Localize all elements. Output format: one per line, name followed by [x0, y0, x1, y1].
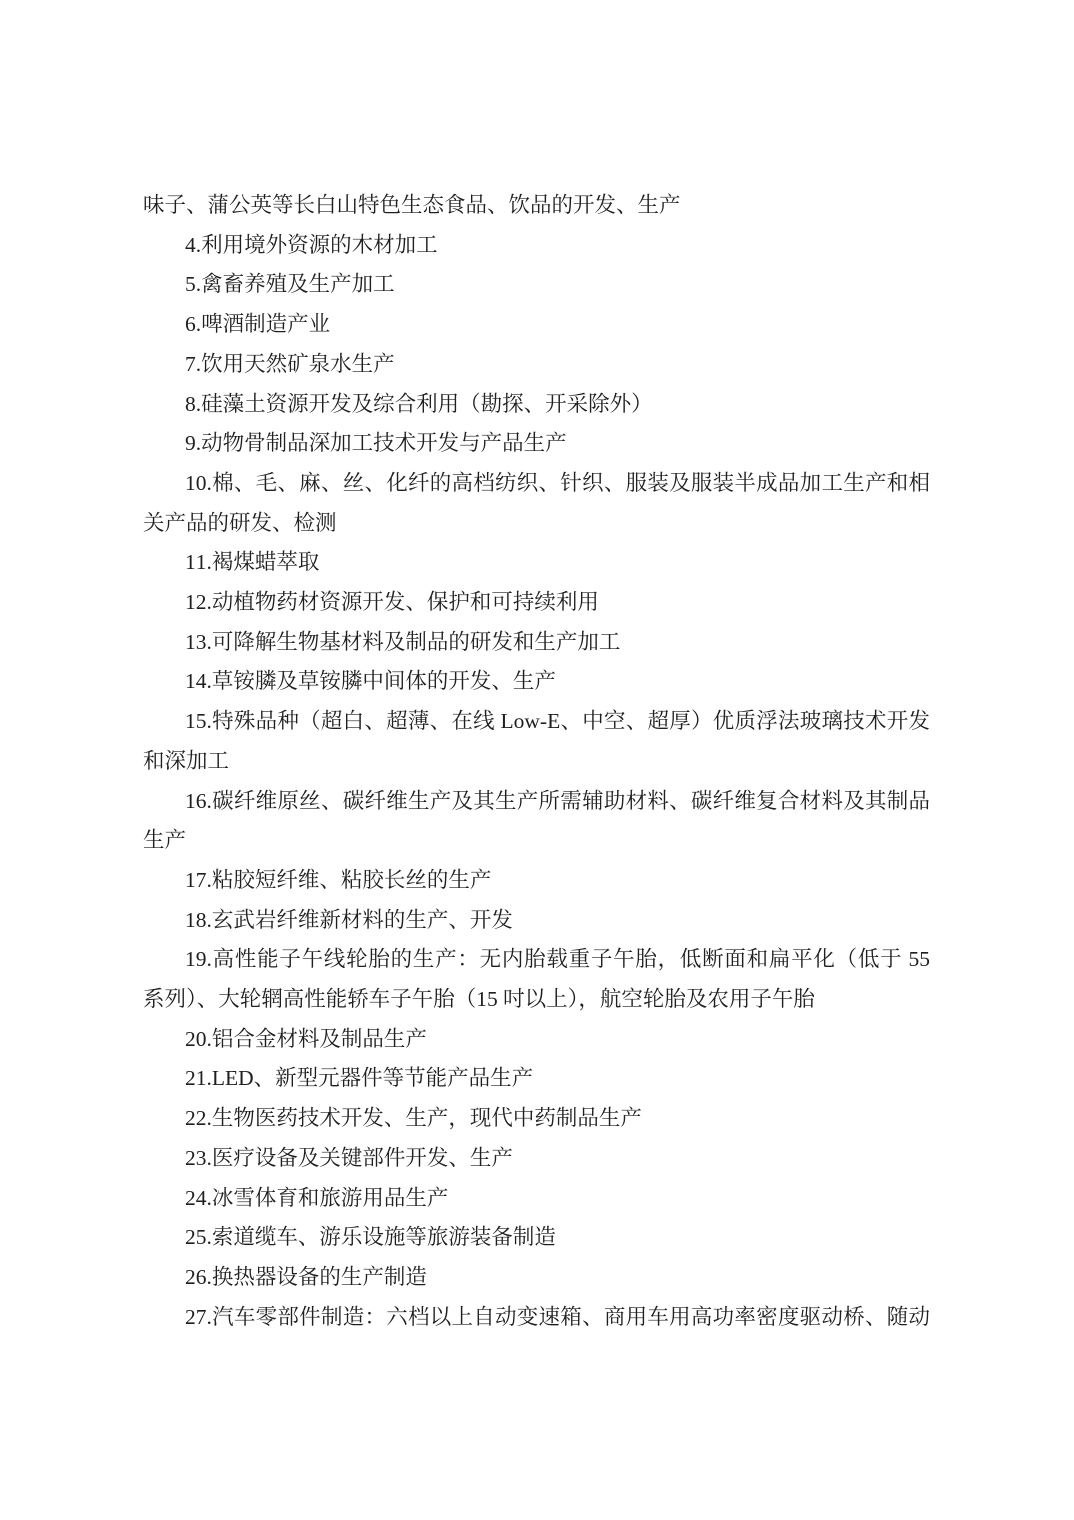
document-line: 21.LED、新型元器件等节能产品生产	[143, 1059, 930, 1099]
document-line: 19.高性能子午线轮胎的生产：无内胎载重子午胎，低断面和扁平化（低于 55	[143, 940, 930, 980]
item-16: 16.碳纤维原丝、碳纤维生产及其生产所需辅助材料、碳纤维复合材料及其制品生产	[143, 782, 930, 861]
document-line: 16.碳纤维原丝、碳纤维生产及其生产所需辅助材料、碳纤维复合材料及其制品	[143, 782, 930, 822]
document-line: 生产	[143, 821, 930, 861]
item-25: 25.索道缆车、游乐设施等旅游装备制造	[143, 1218, 930, 1258]
document-line: 7.饮用天然矿泉水生产	[143, 345, 930, 385]
item-12: 12.动植物药材资源开发、保护和可持续利用	[143, 583, 930, 623]
item-6: 6.啤酒制造产业	[143, 305, 930, 345]
item-18: 18.玄武岩纤维新材料的生产、开发	[143, 901, 930, 941]
document-line: 26.换热器设备的生产制造	[143, 1258, 930, 1298]
document-line: 17.粘胶短纤维、粘胶长丝的生产	[143, 861, 930, 901]
document-line: 20.铝合金材料及制品生产	[143, 1020, 930, 1060]
item-19: 19.高性能子午线轮胎的生产：无内胎载重子午胎，低断面和扁平化（低于 55系列）…	[143, 940, 930, 1019]
item-3-continuation: 味子、蒲公英等长白山特色生态食品、饮品的开发、生产	[143, 186, 930, 226]
item-13: 13.可降解生物基材料及制品的研发和生产加工	[143, 623, 930, 663]
document-line: 22.生物医药技术开发、生产，现代中药制品生产	[143, 1099, 930, 1139]
document-line: 味子、蒲公英等长白山特色生态食品、饮品的开发、生产	[143, 186, 930, 226]
item-4: 4.利用境外资源的木材加工	[143, 226, 930, 266]
document-line: 25.索道缆车、游乐设施等旅游装备制造	[143, 1218, 930, 1258]
document-line: 和深加工	[143, 742, 930, 782]
document-line: 27.汽车零部件制造：六档以上自动变速箱、商用车用高功率密度驱动桥、随动	[143, 1298, 930, 1338]
item-14: 14.草铵膦及草铵膦中间体的开发、生产	[143, 662, 930, 702]
document-line: 6.啤酒制造产业	[143, 305, 930, 345]
item-21: 21.LED、新型元器件等节能产品生产	[143, 1059, 930, 1099]
item-15: 15.特殊品种（超白、超薄、在线 Low-E、中空、超厚）优质浮法玻璃技术开发和…	[143, 702, 930, 781]
document-line: 14.草铵膦及草铵膦中间体的开发、生产	[143, 662, 930, 702]
document-line: 24.冰雪体育和旅游用品生产	[143, 1179, 930, 1219]
item-7: 7.饮用天然矿泉水生产	[143, 345, 930, 385]
document-line: 11.褐煤蜡萃取	[143, 543, 930, 583]
document-line: 15.特殊品种（超白、超薄、在线 Low-E、中空、超厚）优质浮法玻璃技术开发	[143, 702, 930, 742]
document-line: 12.动植物药材资源开发、保护和可持续利用	[143, 583, 930, 623]
item-22: 22.生物医药技术开发、生产，现代中药制品生产	[143, 1099, 930, 1139]
document-line: 9.动物骨制品深加工技术开发与产品生产	[143, 424, 930, 464]
document-content: 味子、蒲公英等长白山特色生态食品、饮品的开发、生产4.利用境外资源的木材加工5.…	[143, 186, 930, 1337]
document-line: 4.利用境外资源的木材加工	[143, 226, 930, 266]
item-20: 20.铝合金材料及制品生产	[143, 1020, 930, 1060]
item-11: 11.褐煤蜡萃取	[143, 543, 930, 583]
document-line: 13.可降解生物基材料及制品的研发和生产加工	[143, 623, 930, 663]
item-23: 23.医疗设备及关键部件开发、生产	[143, 1139, 930, 1179]
item-10: 10.棉、毛、麻、丝、化纤的高档纺织、针织、服装及服装半成品加工生产和相关产品的…	[143, 464, 930, 543]
document-line: 18.玄武岩纤维新材料的生产、开发	[143, 901, 930, 941]
item-9: 9.动物骨制品深加工技术开发与产品生产	[143, 424, 930, 464]
document-line: 关产品的研发、检测	[143, 504, 930, 544]
item-24: 24.冰雪体育和旅游用品生产	[143, 1179, 930, 1219]
document-line: 8.硅藻土资源开发及综合利用（勘探、开采除外）	[143, 385, 930, 425]
document-page: 味子、蒲公英等长白山特色生态食品、饮品的开发、生产4.利用境外资源的木材加工5.…	[0, 0, 1074, 1520]
item-26: 26.换热器设备的生产制造	[143, 1258, 930, 1298]
item-17: 17.粘胶短纤维、粘胶长丝的生产	[143, 861, 930, 901]
item-5: 5.禽畜养殖及生产加工	[143, 265, 930, 305]
document-line: 系列）、大轮辋高性能轿车子午胎（15 吋以上），航空轮胎及农用子午胎	[143, 980, 930, 1020]
document-line: 10.棉、毛、麻、丝、化纤的高档纺织、针织、服装及服装半成品加工生产和相	[143, 464, 930, 504]
document-line: 5.禽畜养殖及生产加工	[143, 265, 930, 305]
document-line: 23.医疗设备及关键部件开发、生产	[143, 1139, 930, 1179]
item-8: 8.硅藻土资源开发及综合利用（勘探、开采除外）	[143, 385, 930, 425]
item-27: 27.汽车零部件制造：六档以上自动变速箱、商用车用高功率密度驱动桥、随动	[143, 1298, 930, 1338]
